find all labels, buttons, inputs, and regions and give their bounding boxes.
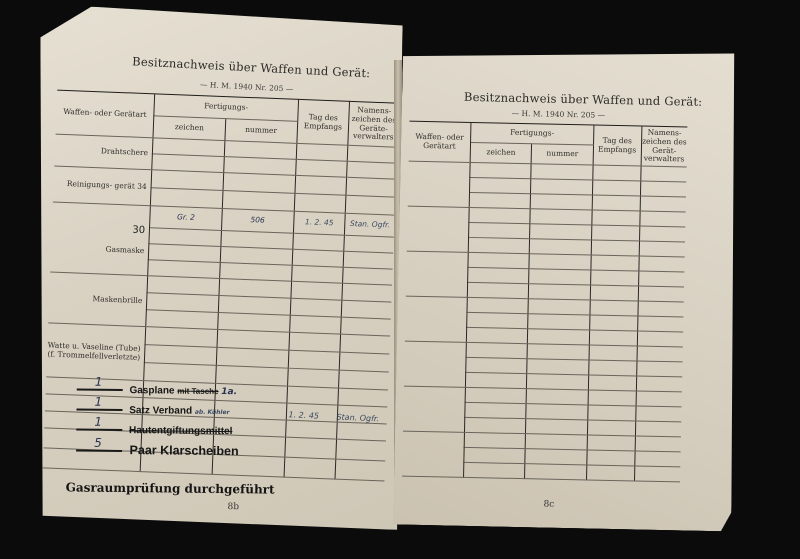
row-label-gasmaske: 30 Gasmaske: [50, 202, 150, 276]
page-number: 8b: [227, 502, 239, 512]
row-label-maskenbrille: Maskenbrille: [48, 272, 148, 327]
satz-verband-tag: 1. 2. 45: [288, 410, 319, 420]
gasmaske-tag: 1. 2. 45: [293, 211, 345, 235]
gasmaske-size: 30: [52, 222, 146, 237]
left-page: Besitznachweis über Waffen und Gerät: — …: [35, 6, 402, 530]
row-label-drahtschere: Drahtschere: [54, 134, 153, 170]
header-nummer: nummer: [531, 144, 593, 165]
row-label-reinigungsgeraet: Reinigungs- gerät 34: [53, 166, 152, 206]
stamped-item-klarscheiben: 5 Paar Klarscheiben: [76, 443, 239, 459]
equipment-table: Waffen- oder Gerätart Fertigungs- Tag de…: [402, 121, 687, 484]
header-nummer: nummer: [225, 119, 298, 144]
row-label-watte-vaseline: Watte u. Vaseline (Tube) (f. Trommelfell…: [46, 323, 146, 381]
page-title: Besitznachweis über Waffen und Gerät:: [464, 90, 703, 109]
satz-verband-namens: Stan. Ogfr.: [336, 413, 379, 424]
page-subtitle: — H. M. 1940 Nr. 205 —: [200, 80, 294, 94]
gasmaske-zeichen: Gr. 2: [150, 206, 223, 231]
header-zeichen: zeichen: [470, 142, 532, 163]
header-fertigungs: Fertigungs-: [470, 122, 593, 145]
header-namenszeichen: Namens- zeichen des Gerät- verwalters: [641, 126, 688, 167]
header-item-type: Waffen- oder Gerätart: [409, 121, 471, 162]
gasmaske-nummer: 506: [221, 209, 294, 234]
header-tag-des-empfangs: Tag des Empfangs: [593, 125, 642, 166]
header-namenszeichen: Namens- zeichen des Geräte- verwalters: [348, 101, 399, 147]
right-page: Besitznachweis über Waffen und Gerät: — …: [393, 47, 741, 532]
gasmaske-namens: Stan. Ogfr.: [345, 213, 395, 237]
gasraumpruefung-stamp: Gasraumprüfung durchgeführt: [66, 480, 275, 496]
header-zeichen: zeichen: [153, 116, 226, 141]
page-subtitle: — H. M. 1940 Nr. 205 —: [512, 109, 606, 120]
page-title: Besitznachweis über Waffen und Gerät:: [132, 54, 371, 80]
header-tag-des-empfangs: Tag des Empfangs: [296, 99, 349, 145]
page-number: 8c: [543, 500, 554, 510]
header-item-type: Waffen- oder Gerätart: [56, 90, 155, 138]
